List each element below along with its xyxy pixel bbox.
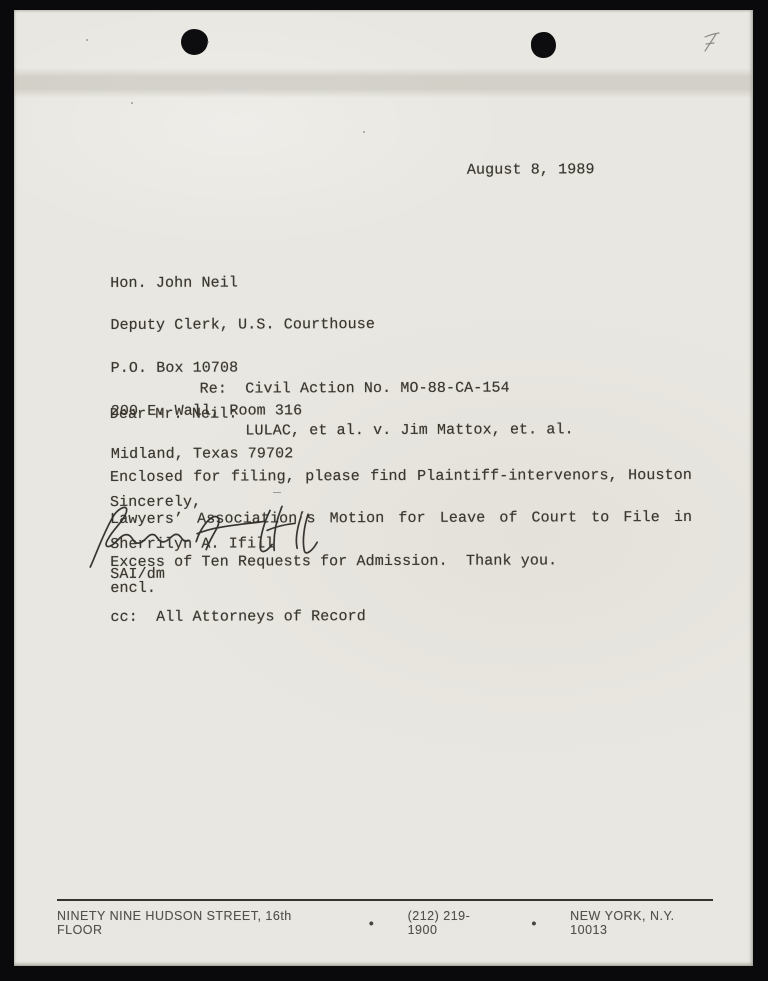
- recipient-line: Deputy Clerk, U.S. Courthouse: [110, 319, 375, 334]
- cc-line: cc: All Attorneys of Record: [110, 610, 365, 625]
- footer-phone-number: (212) 219-1900: [408, 909, 499, 937]
- date-line: August 8, 1989: [467, 163, 595, 178]
- footer-street-address: NINETY NINE HUDSON STREET, 16th FLOOR: [57, 909, 336, 937]
- signed-name: Sherrilyn A. Ifill: [110, 537, 274, 552]
- re-line: LULAC, et al. v. Jim Mattox, et. al.: [200, 424, 574, 440]
- typed-letter-content: August 8, 1989 Hon. John Neil Deputy Cle…: [12, 9, 754, 968]
- scanned-letter-page: { "page": { "annotation": "F" }, "letter…: [0, 0, 768, 981]
- footer-city-zip: NEW YORK, N.Y. 10013: [570, 909, 713, 937]
- letter-paper: August 8, 1989 Hon. John Neil Deputy Cle…: [14, 10, 753, 966]
- letterhead-footer: NINETY NINE HUDSON STREET, 16th FLOOR ● …: [57, 909, 713, 937]
- enclosure-note: encl.: [110, 582, 156, 596]
- recipient-line: Hon. John Neil: [110, 276, 375, 291]
- re-line: Re: Civil Action No. MO-88-CA-154: [200, 381, 574, 397]
- bullet-separator-icon: ●: [369, 919, 375, 928]
- letterhead-footer-rule: [57, 899, 713, 901]
- body-line: Enclosed for filing, please find Plainti…: [110, 469, 692, 485]
- bullet-separator-icon: ●: [531, 919, 537, 928]
- salutation: Dear Mr. Neil:: [110, 408, 238, 423]
